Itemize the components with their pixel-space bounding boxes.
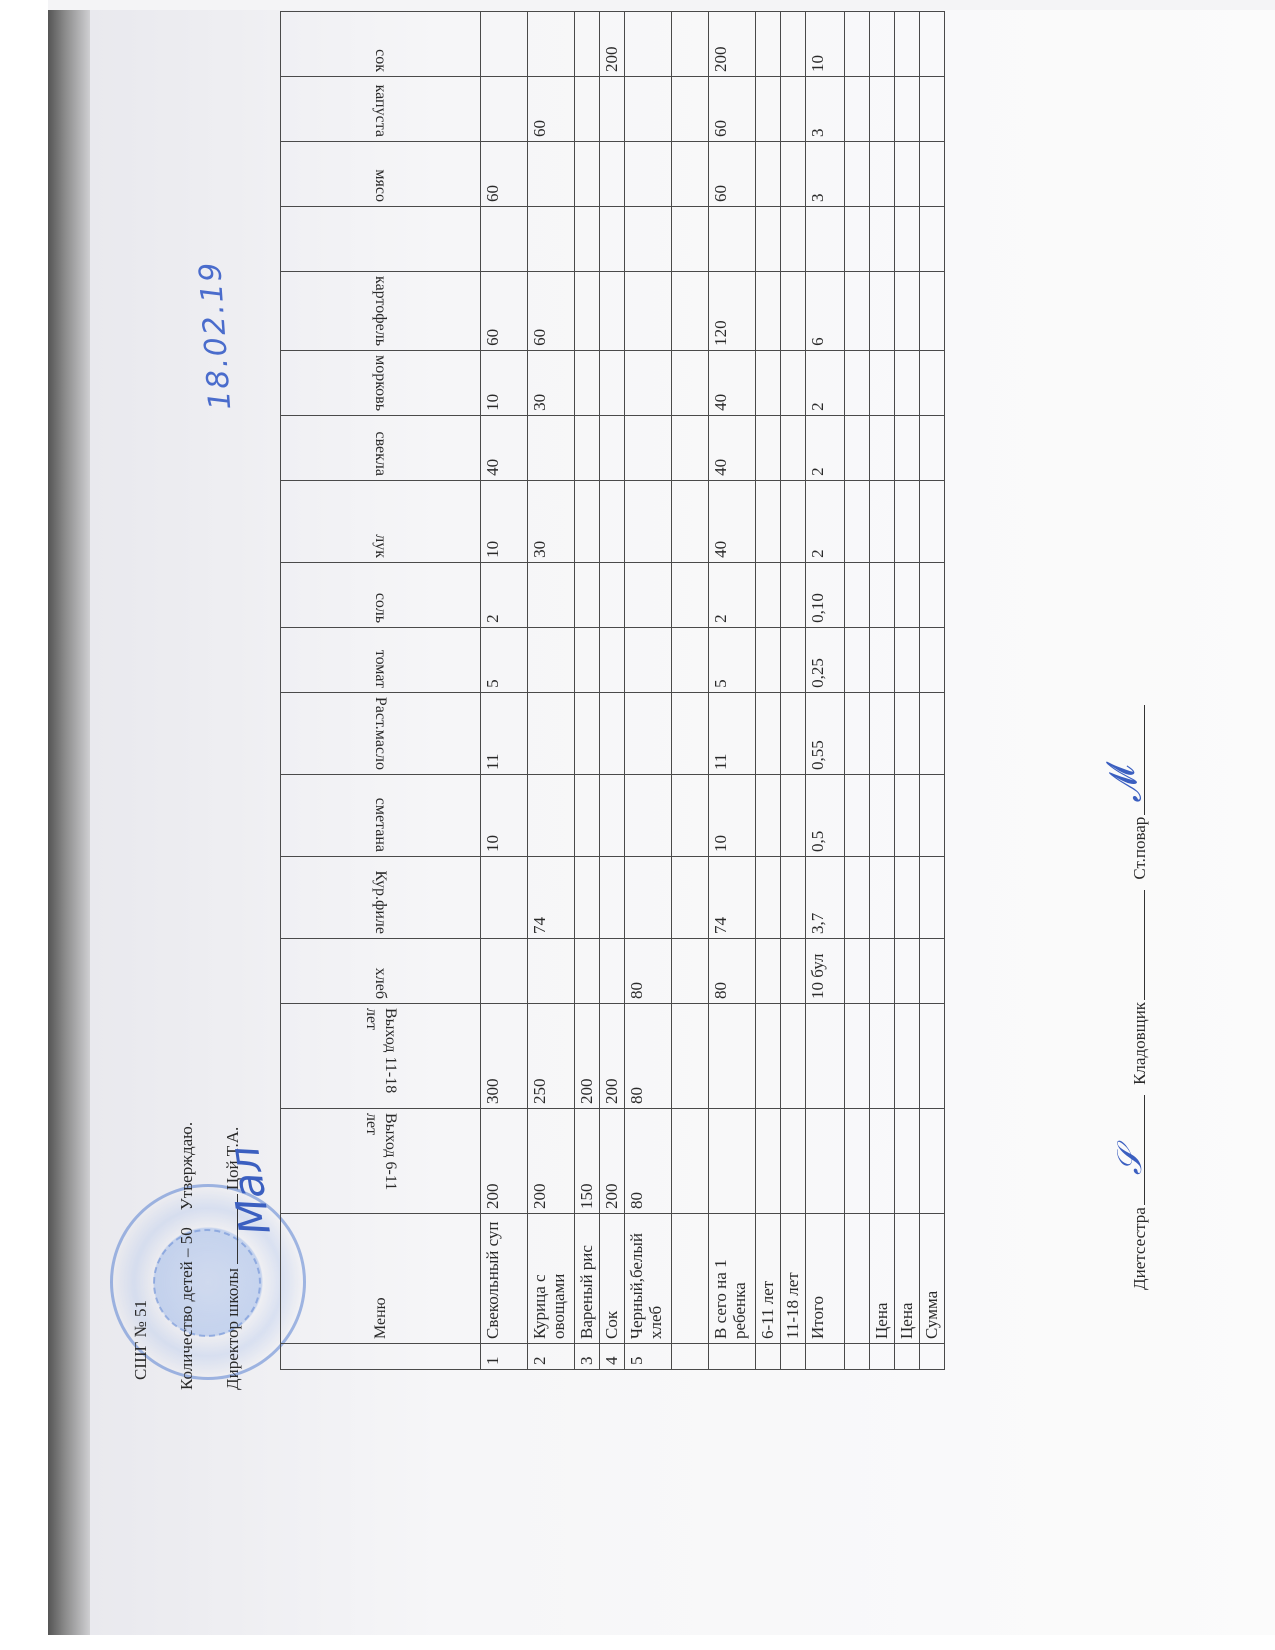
table-cell xyxy=(870,1004,895,1109)
table-cell xyxy=(781,1109,806,1214)
table-cell xyxy=(845,141,870,206)
handwritten-date: 18.02.19 xyxy=(193,259,238,411)
row-number: 4 xyxy=(600,1344,625,1370)
menu-item-name: Цена xyxy=(895,1214,920,1344)
table-cell xyxy=(781,11,806,76)
menu-item-name: Итого xyxy=(806,1214,845,1344)
column-header: сметана xyxy=(281,775,481,857)
table-cell xyxy=(870,141,895,206)
column-header: сок xyxy=(281,11,481,76)
table-cell xyxy=(870,480,895,562)
table-cell xyxy=(575,857,600,939)
table-cell xyxy=(781,562,806,627)
table-cell: 10 xyxy=(481,775,528,857)
table-cell xyxy=(575,271,600,350)
table-cell xyxy=(920,480,945,562)
table-cell xyxy=(895,1109,920,1214)
table-cell: 2 xyxy=(481,562,528,627)
row-number xyxy=(672,1344,709,1370)
table-cell xyxy=(756,350,781,415)
table-cell xyxy=(528,206,575,271)
table-cell xyxy=(756,775,781,857)
table-cell xyxy=(625,692,672,774)
table-cell xyxy=(756,627,781,692)
table-cell xyxy=(672,271,709,350)
table-cell xyxy=(920,1109,945,1214)
table-cell: 5 xyxy=(481,627,528,692)
table-cell xyxy=(600,350,625,415)
table-cell xyxy=(709,1004,756,1109)
table-cell xyxy=(806,1004,845,1109)
table-row: 2Курица с овощами2002507430306060 xyxy=(528,11,575,1369)
table-cell xyxy=(895,692,920,774)
dietitian-label: Диетсестра xyxy=(1130,1207,1149,1290)
table-cell xyxy=(806,206,845,271)
table-cell xyxy=(672,939,709,1004)
table-cell xyxy=(920,141,945,206)
table-cell xyxy=(672,11,709,76)
table-cell xyxy=(895,775,920,857)
table-cell: 120 xyxy=(709,271,756,350)
table-row: В сего на 1 ребенка807410115240404012060… xyxy=(709,11,756,1369)
table-cell xyxy=(756,562,781,627)
table-cell xyxy=(672,627,709,692)
table-cell xyxy=(575,480,600,562)
rotated-document-page: СШГ № 51 Количество детей – 50 Утверждаю… xyxy=(130,0,1230,1470)
table-cell: 10 xyxy=(709,775,756,857)
table-cell xyxy=(528,11,575,76)
table-cell xyxy=(781,939,806,1004)
table-cell: 80 xyxy=(625,939,672,1004)
table-cell xyxy=(870,1109,895,1214)
table-cell xyxy=(528,627,575,692)
row-number xyxy=(806,1344,845,1370)
table-cell: 200 xyxy=(600,11,625,76)
table-cell: 200 xyxy=(600,1109,625,1214)
approve-label: Утверждаю. xyxy=(177,1122,196,1210)
table-cell: 10 xyxy=(481,350,528,415)
table-cell xyxy=(575,11,600,76)
row-number: 5 xyxy=(625,1344,672,1370)
head-cook-signature-line: 𝓜 xyxy=(1144,705,1145,815)
table-cell xyxy=(895,480,920,562)
table-cell xyxy=(575,415,600,480)
menu-item-name: Сок xyxy=(600,1214,625,1344)
table-row: 5Черный,белый хлеб808080 xyxy=(625,11,672,1369)
menu-item-name: Вареный рис xyxy=(575,1214,600,1344)
table-cell xyxy=(575,206,600,271)
table-row: 6-11 лет xyxy=(756,11,781,1369)
table-cell xyxy=(845,11,870,76)
table-cell xyxy=(781,350,806,415)
table-cell xyxy=(625,627,672,692)
table-cell xyxy=(672,692,709,774)
table-row xyxy=(845,11,870,1369)
table-cell xyxy=(920,11,945,76)
dietitian-signature-line: 𝒮 xyxy=(1144,1095,1145,1205)
table-header-row: МенюВыход 6-11 летВыход 11-18 летхлебКур… xyxy=(281,11,481,1369)
column-header xyxy=(281,206,481,271)
table-cell: 60 xyxy=(528,271,575,350)
table-cell: 60 xyxy=(709,141,756,206)
table-cell xyxy=(625,76,672,141)
column-header: Раст.масло xyxy=(281,692,481,774)
table-cell xyxy=(756,271,781,350)
table-row: 1Свекольный суп2003001011521040106060 xyxy=(481,11,528,1369)
table-cell xyxy=(481,206,528,271)
table-cell xyxy=(895,11,920,76)
table-cell xyxy=(600,76,625,141)
dietitian-signature: 𝒮 xyxy=(1110,1149,1150,1175)
table-cell xyxy=(781,775,806,857)
menu-item-name: В сего на 1 ребенка xyxy=(709,1214,756,1344)
table-cell xyxy=(600,939,625,1004)
table-cell: 300 xyxy=(481,1004,528,1109)
table-cell xyxy=(870,692,895,774)
table-cell xyxy=(672,415,709,480)
table-cell xyxy=(600,271,625,350)
table-cell xyxy=(756,206,781,271)
table-cell: 150 xyxy=(575,1109,600,1214)
column-header xyxy=(281,1344,481,1370)
table-cell xyxy=(709,206,756,271)
table-cell: 2 xyxy=(806,350,845,415)
table-cell: 250 xyxy=(528,1004,575,1109)
menu-item-name: 11-18 лет xyxy=(781,1214,806,1344)
table-cell: 10 xyxy=(481,480,528,562)
menu-item-name: Черный,белый хлеб xyxy=(625,1214,672,1344)
table-cell xyxy=(920,562,945,627)
scan-shadow xyxy=(48,10,90,1635)
table-cell: 40 xyxy=(481,415,528,480)
table-cell xyxy=(895,415,920,480)
table-cell: 200 xyxy=(481,1109,528,1214)
column-header: хлеб xyxy=(281,939,481,1004)
column-header: Выход 11-18 лет xyxy=(281,1004,481,1109)
table-cell xyxy=(845,939,870,1004)
table-cell xyxy=(575,627,600,692)
table-cell xyxy=(895,1004,920,1109)
table-cell xyxy=(756,141,781,206)
table-cell xyxy=(672,775,709,857)
table-cell xyxy=(781,857,806,939)
table-cell xyxy=(895,141,920,206)
signatures-footer: Диетсестра𝒮 Кладовщик Ст.повар𝓜 xyxy=(1130,699,1150,1290)
table-cell xyxy=(672,857,709,939)
table-cell xyxy=(845,692,870,774)
table-cell xyxy=(672,480,709,562)
table-cell xyxy=(528,562,575,627)
storekeeper-label: Кладовщик xyxy=(1130,1002,1149,1085)
table-cell xyxy=(625,141,672,206)
menu-item-name: Сумма xyxy=(920,1214,945,1344)
children-count: Количество детей – 50 xyxy=(177,1227,196,1390)
table-cell: 10 xyxy=(806,11,845,76)
menu-table: МенюВыход 6-11 летВыход 11-18 летхлебКур… xyxy=(280,11,945,1370)
table-row: 11-18 лет xyxy=(781,11,806,1369)
table-cell xyxy=(756,939,781,1004)
column-header: свекла xyxy=(281,415,481,480)
row-number xyxy=(756,1344,781,1370)
table-row: Цена xyxy=(870,11,895,1369)
table-cell: 11 xyxy=(481,692,528,774)
table-cell xyxy=(756,11,781,76)
table-cell: 0,10 xyxy=(806,562,845,627)
table-cell xyxy=(845,415,870,480)
head-cook-signature: 𝓜 xyxy=(1102,762,1150,809)
table-cell xyxy=(920,1004,945,1109)
table-row: 4Сок200200200 xyxy=(600,11,625,1369)
table-row xyxy=(672,11,709,1369)
table-cell xyxy=(481,939,528,1004)
table-cell xyxy=(920,271,945,350)
table-cell: 3 xyxy=(806,76,845,141)
row-number xyxy=(781,1344,806,1370)
table-cell xyxy=(845,562,870,627)
table-cell xyxy=(528,939,575,1004)
table-cell xyxy=(781,271,806,350)
column-header: мясо xyxy=(281,141,481,206)
table-cell xyxy=(870,627,895,692)
row-number: 2 xyxy=(528,1344,575,1370)
table-cell: 60 xyxy=(528,76,575,141)
table-cell xyxy=(920,415,945,480)
column-header: соль xyxy=(281,562,481,627)
table-cell: 74 xyxy=(709,857,756,939)
table-cell xyxy=(575,350,600,415)
table-cell xyxy=(920,939,945,1004)
table-cell xyxy=(625,415,672,480)
table-cell: 80 xyxy=(709,939,756,1004)
table-cell: 3 xyxy=(806,141,845,206)
table-cell xyxy=(920,627,945,692)
table-cell xyxy=(481,857,528,939)
table-cell: 40 xyxy=(709,415,756,480)
table-cell xyxy=(845,775,870,857)
table-cell xyxy=(895,627,920,692)
table-row: Итого10 бул3,70,50,550,250,1022263310 xyxy=(806,11,845,1369)
table-cell xyxy=(870,562,895,627)
table-cell xyxy=(895,271,920,350)
table-cell xyxy=(870,939,895,1004)
table-cell xyxy=(600,627,625,692)
table-cell xyxy=(870,271,895,350)
table-cell xyxy=(625,206,672,271)
table-cell xyxy=(481,76,528,141)
table-cell: 200 xyxy=(528,1109,575,1214)
column-header: картофель xyxy=(281,271,481,350)
table-cell xyxy=(781,692,806,774)
table-cell xyxy=(528,692,575,774)
table-cell xyxy=(575,562,600,627)
table-cell xyxy=(781,76,806,141)
table-cell xyxy=(895,857,920,939)
table-cell: 200 xyxy=(575,1004,600,1109)
table-cell: 60 xyxy=(709,76,756,141)
table-cell xyxy=(672,141,709,206)
table-cell xyxy=(895,939,920,1004)
table-cell xyxy=(625,480,672,562)
table-cell xyxy=(481,11,528,76)
row-number: 1 xyxy=(481,1344,528,1370)
table-cell: 5 xyxy=(709,627,756,692)
table-cell xyxy=(625,350,672,415)
column-header: Кур.филе xyxy=(281,857,481,939)
table-cell xyxy=(600,775,625,857)
table-cell xyxy=(845,1109,870,1214)
table-cell xyxy=(756,415,781,480)
table-cell xyxy=(672,562,709,627)
table-cell xyxy=(575,939,600,1004)
table-cell: 3,7 xyxy=(806,857,845,939)
table-cell xyxy=(781,627,806,692)
table-cell: 2 xyxy=(709,562,756,627)
table-cell xyxy=(920,76,945,141)
table-cell xyxy=(625,857,672,939)
table-row: Цена xyxy=(895,11,920,1369)
table-cell xyxy=(672,1004,709,1109)
table-cell: 40 xyxy=(709,350,756,415)
table-cell xyxy=(672,76,709,141)
table-cell xyxy=(781,480,806,562)
table-cell xyxy=(625,271,672,350)
table-cell xyxy=(920,350,945,415)
table-cell xyxy=(870,76,895,141)
row-number xyxy=(845,1344,870,1370)
table-cell xyxy=(845,857,870,939)
table-cell: 11 xyxy=(709,692,756,774)
table-cell xyxy=(600,415,625,480)
table-cell xyxy=(806,1109,845,1214)
table-cell xyxy=(756,857,781,939)
table-cell xyxy=(528,775,575,857)
table-cell: 74 xyxy=(528,857,575,939)
table-cell xyxy=(600,562,625,627)
row-number xyxy=(709,1344,756,1370)
table-cell xyxy=(756,1004,781,1109)
table-cell xyxy=(625,775,672,857)
scan-bottom-margin xyxy=(48,1635,1275,1650)
table-cell: 10 бул xyxy=(806,939,845,1004)
column-header: лук xyxy=(281,480,481,562)
table-cell: 80 xyxy=(625,1004,672,1109)
scan-margin xyxy=(0,0,48,1650)
column-header: томат xyxy=(281,627,481,692)
table-cell: 0,25 xyxy=(806,627,845,692)
table-cell xyxy=(575,775,600,857)
menu-item-name: Цена xyxy=(870,1214,895,1344)
table-cell xyxy=(870,775,895,857)
row-number xyxy=(895,1344,920,1370)
table-cell xyxy=(709,1109,756,1214)
storekeeper-signature-line xyxy=(1144,890,1145,1000)
table-cell: 80 xyxy=(625,1109,672,1214)
table-cell xyxy=(781,141,806,206)
menu-item-name: Свекольный суп xyxy=(481,1214,528,1344)
table-cell: 2 xyxy=(806,480,845,562)
table-cell: 200 xyxy=(709,11,756,76)
table-cell: 6 xyxy=(806,271,845,350)
table-cell xyxy=(845,627,870,692)
row-number xyxy=(920,1344,945,1370)
table-cell xyxy=(895,206,920,271)
table-cell xyxy=(920,692,945,774)
table-cell xyxy=(870,350,895,415)
table-cell xyxy=(870,11,895,76)
table-row: 3Вареный рис150200 xyxy=(575,11,600,1369)
director-label: Директор школы xyxy=(223,1268,242,1390)
table-cell xyxy=(781,1004,806,1109)
table-cell xyxy=(781,415,806,480)
table-cell xyxy=(575,141,600,206)
table-cell xyxy=(625,562,672,627)
table-cell: 60 xyxy=(481,141,528,206)
table-cell xyxy=(600,692,625,774)
table-row: Сумма xyxy=(920,11,945,1369)
table-cell: 30 xyxy=(528,480,575,562)
table-cell xyxy=(870,857,895,939)
table-cell xyxy=(920,857,945,939)
table-cell xyxy=(600,857,625,939)
table-cell xyxy=(920,206,945,271)
table-cell: 2 xyxy=(806,415,845,480)
menu-item-name xyxy=(845,1214,870,1344)
table-cell xyxy=(895,76,920,141)
table-cell xyxy=(672,350,709,415)
table-cell xyxy=(575,76,600,141)
school-name: СШГ № 51 xyxy=(130,1122,176,1390)
menu-item-name: Курица с овощами xyxy=(528,1214,575,1344)
table-cell xyxy=(756,76,781,141)
table-cell xyxy=(895,562,920,627)
table-cell xyxy=(625,11,672,76)
table-cell: 200 xyxy=(600,1004,625,1109)
table-cell: 30 xyxy=(528,350,575,415)
table-cell xyxy=(845,480,870,562)
table-cell xyxy=(528,141,575,206)
table-cell: 60 xyxy=(481,271,528,350)
table-cell xyxy=(756,1109,781,1214)
table-cell xyxy=(895,350,920,415)
row-number xyxy=(870,1344,895,1370)
table-cell xyxy=(600,206,625,271)
menu-item-name: 6-11 лет xyxy=(756,1214,781,1344)
table-cell xyxy=(756,692,781,774)
table-cell xyxy=(845,271,870,350)
column-header: морковь xyxy=(281,350,481,415)
table-cell xyxy=(870,206,895,271)
table-cell xyxy=(845,206,870,271)
table-cell xyxy=(756,480,781,562)
table-cell xyxy=(870,415,895,480)
table-cell: 40 xyxy=(709,480,756,562)
column-header: капуста xyxy=(281,76,481,141)
table-cell xyxy=(600,141,625,206)
table-cell xyxy=(672,206,709,271)
table-cell xyxy=(781,206,806,271)
table-cell xyxy=(600,480,625,562)
row-number: 3 xyxy=(575,1344,600,1370)
table-cell xyxy=(575,692,600,774)
menu-item-name xyxy=(672,1214,709,1344)
table-cell xyxy=(845,76,870,141)
column-header: Выход 6-11 лет xyxy=(281,1109,481,1214)
table-cell: 0,55 xyxy=(806,692,845,774)
approval-line: Количество детей – 50 Утверждаю. xyxy=(176,1122,222,1390)
column-header: Меню xyxy=(281,1214,481,1344)
table-cell xyxy=(920,775,945,857)
table-cell xyxy=(845,350,870,415)
